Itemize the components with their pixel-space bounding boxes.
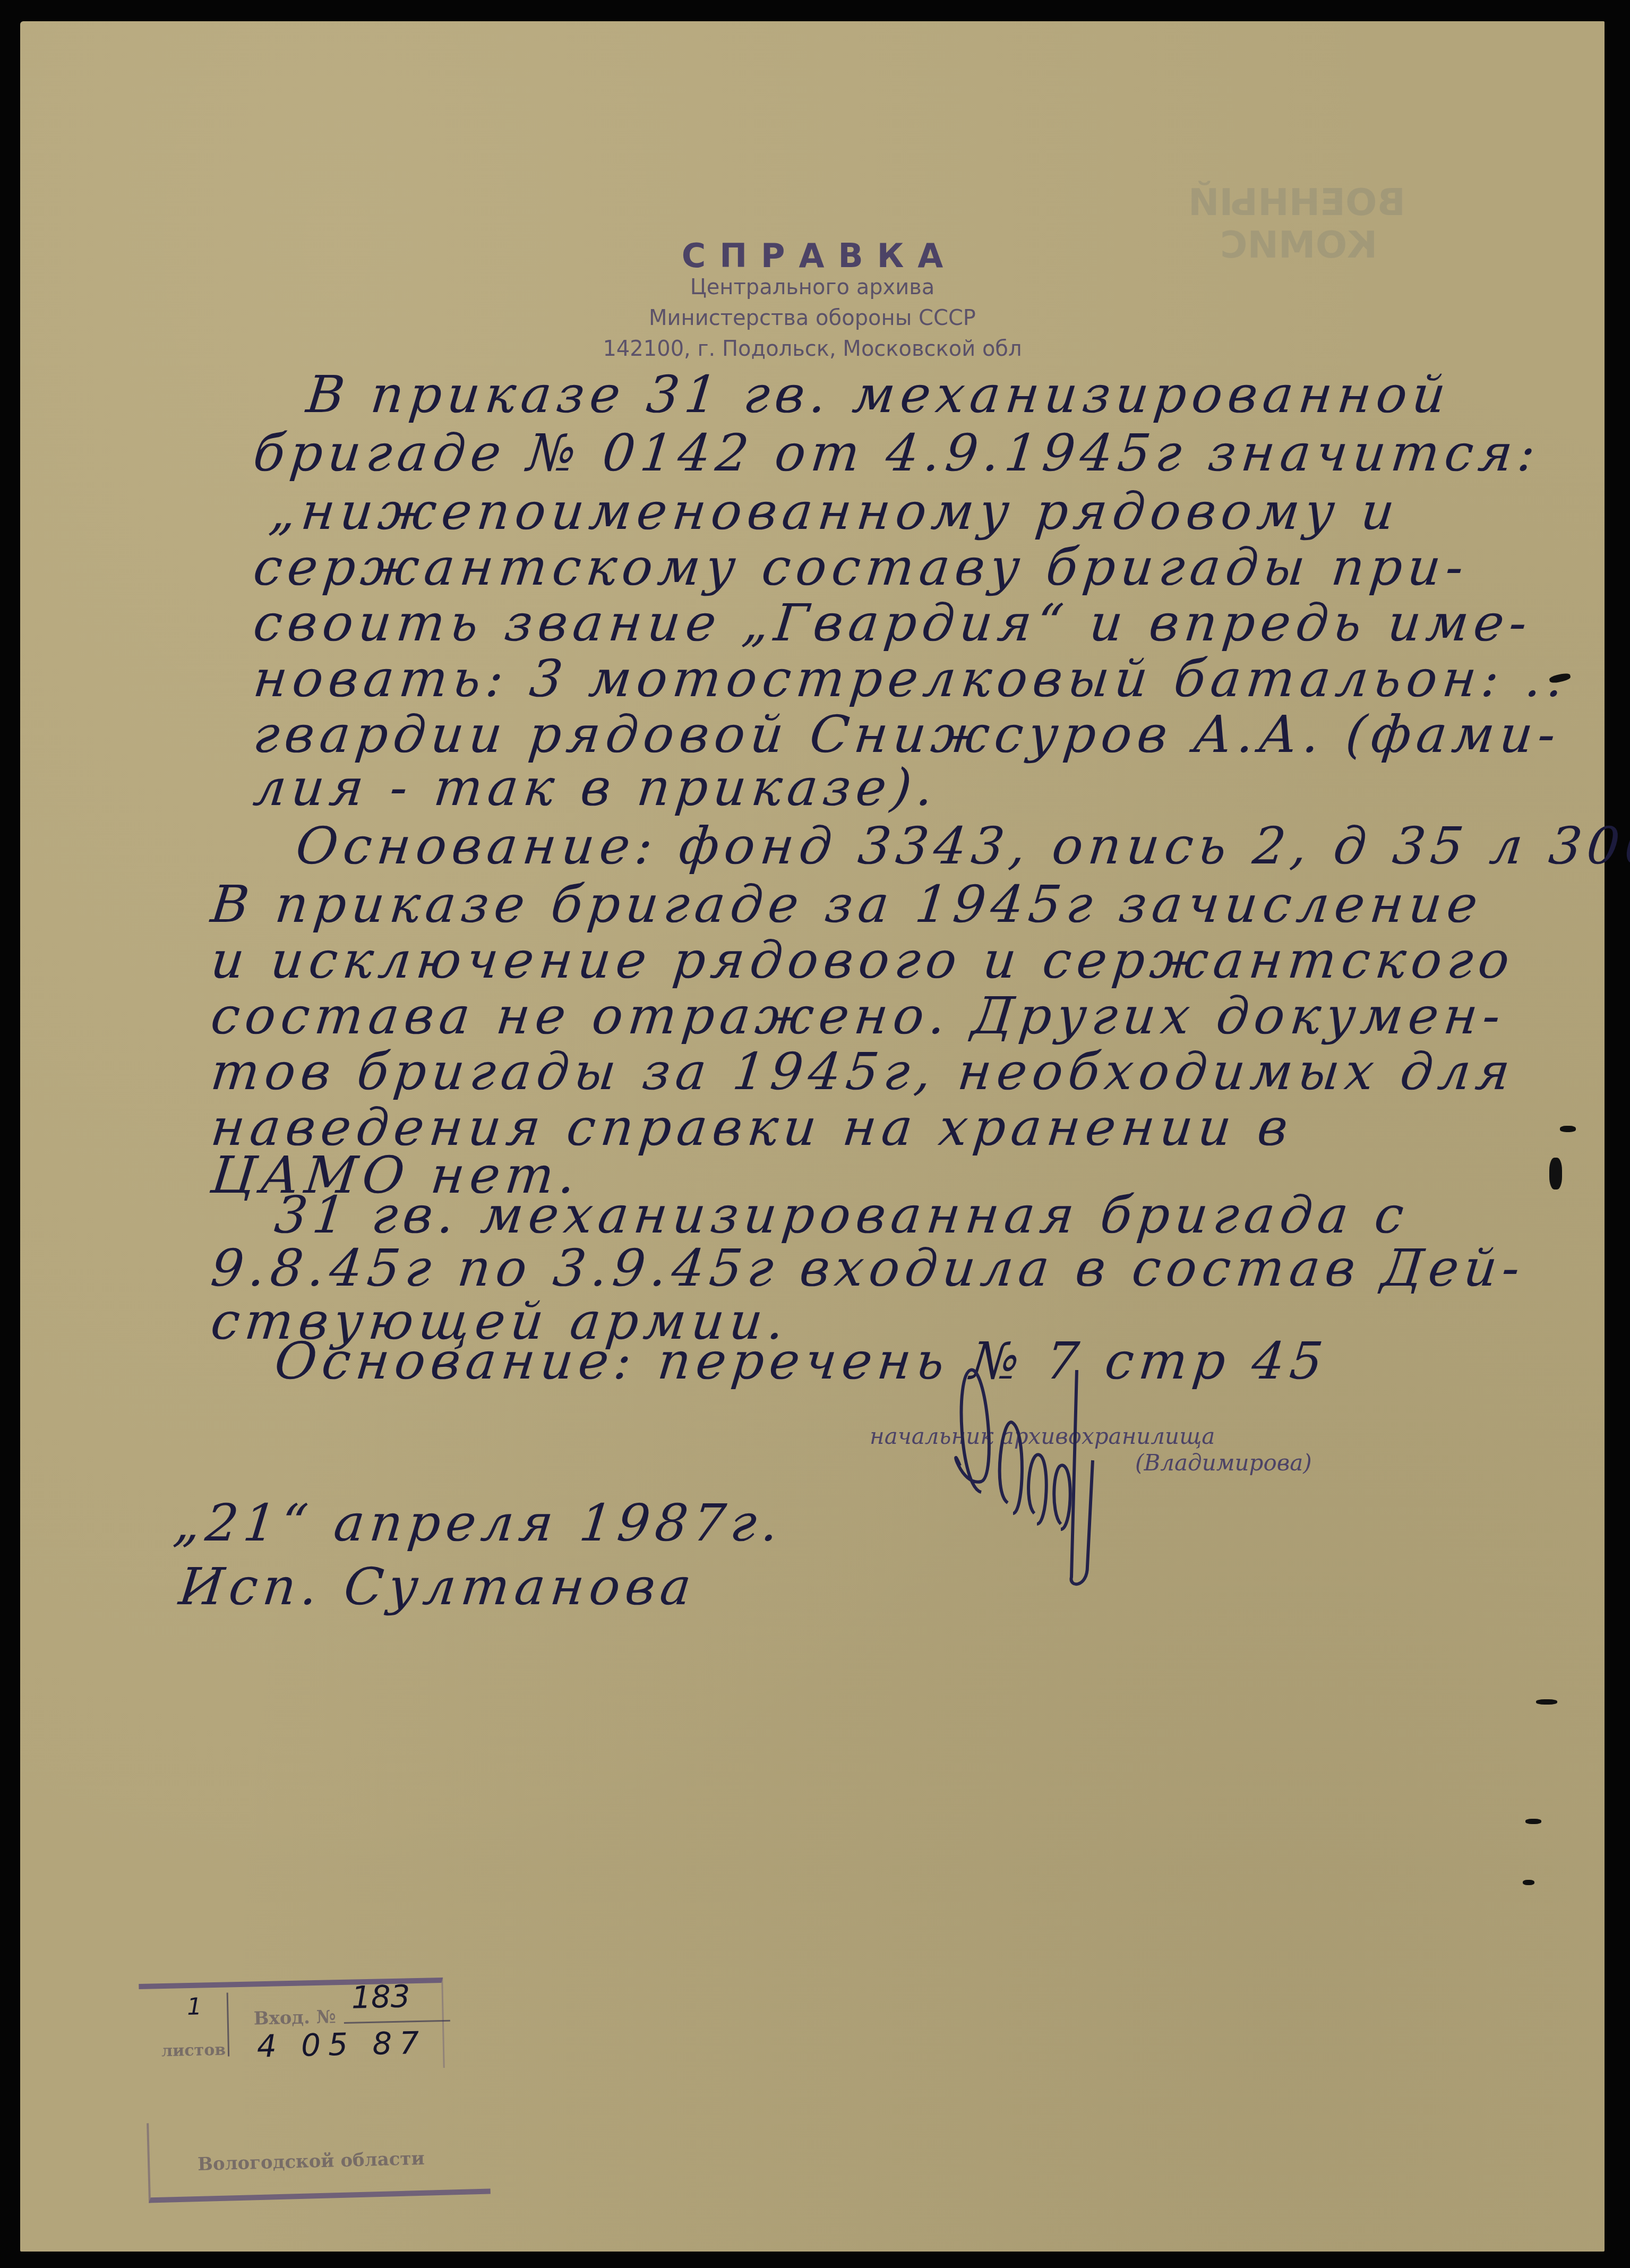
body-line: 9.8.45г по 3.9.45г входила в состав Дей- <box>208 1240 1528 1296</box>
body-line: сержантскому составу бригады при- <box>251 539 1471 595</box>
ministry-name: Министерства обороны СССР <box>20 306 1605 330</box>
body-line: бригаде № 0142 от 4.9.1945г значится: <box>251 425 1543 481</box>
basis-line: Основание: фонд 3343, опись 2, д 35 л 30… <box>293 818 1630 874</box>
margin-mark <box>1523 1880 1534 1885</box>
registration-stamp: 1 листов Вход. № 183 4 05 87 <box>139 1978 444 2074</box>
margin-mark <box>1536 1699 1557 1705</box>
archive-name: Центрального архива <box>20 275 1605 299</box>
body-line: лия - так в приказе). <box>251 759 941 816</box>
document-page: ВОЕННЫЙ КОМИС СПРАВКА Центрального архив… <box>20 21 1605 2252</box>
stamp-underline <box>344 2020 450 2024</box>
bleed-through-text: ВОЕННЫЙ <box>1188 181 1405 224</box>
incoming-number: 183 <box>351 1978 410 2015</box>
body-line: В приказе 31 гв. механизированной <box>304 366 1453 423</box>
margin-mark <box>1560 1126 1576 1132</box>
organization-stamp-text: Вологодской области <box>198 2148 425 2175</box>
body-line: своить звание „Гвардия“ и впредь име- <box>251 595 1534 651</box>
executor-line: Исп. Султанова <box>176 1559 699 1615</box>
sheets-count: 1 <box>187 1993 202 2021</box>
body-line: и исключение рядового и сержантского <box>208 932 1517 988</box>
body-line: новать: 3 мотострелковый батальон: .. <box>251 651 1571 707</box>
margin-mark <box>1549 1158 1562 1189</box>
archive-address: 142100, г. Подольск, Московской обл <box>20 337 1605 361</box>
body-line: „нижепоименованному рядовому и <box>267 483 1402 540</box>
signature-icon <box>928 1354 1225 1598</box>
body-line: гвардии рядовой Снижсуров А.А. (фами- <box>251 706 1563 763</box>
incoming-label: Вход. № <box>253 2006 336 2029</box>
body-line: 31 гв. механизированная бригада с <box>272 1187 1411 1243</box>
margin-mark <box>1525 1819 1541 1824</box>
body-line: В приказе бригаде за 1945г зачисление <box>208 876 1486 932</box>
date-line: „21“ апреля 1987г. <box>171 1495 786 1551</box>
stamp-divider <box>227 1992 230 2056</box>
document-title: СПРАВКА <box>20 236 1605 275</box>
body-line: состава не отражено. Других докумен- <box>208 988 1508 1044</box>
organization-stamp: Вологодской области <box>147 2115 491 2203</box>
body-line: тов бригады за 1945г, необходимых для <box>208 1043 1518 1100</box>
sheets-label: листов <box>161 2041 226 2061</box>
incoming-date: 4 05 87 <box>256 2025 427 2065</box>
